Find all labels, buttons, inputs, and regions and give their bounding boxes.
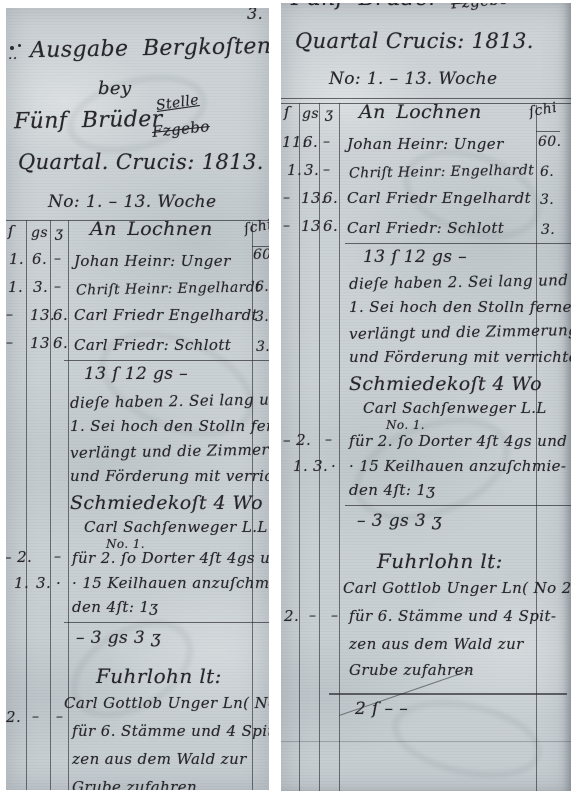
wage-row-gs: 3. <box>304 163 319 178</box>
column-rule <box>26 220 27 790</box>
smith-entry-f: – 2. <box>6 550 32 565</box>
haul-line: zen aus dem Wald zur <box>72 752 247 767</box>
wage-row-f: 1. <box>8 280 23 295</box>
wage-row-z: – <box>54 280 61 294</box>
note-line: und Förderung mit verrichtet <box>70 469 269 484</box>
smith-entry-text: für 2. ſo Dorter 4ſt 4gs und <box>72 551 269 566</box>
title-line-cut: Fünf Brüder <box>291 3 440 10</box>
haul-entry-gs: – <box>309 609 316 623</box>
smith-entry-gs: 3. <box>313 459 328 474</box>
haul-subheading: Carl Gottlob Unger Ln( No 2. <box>64 696 269 711</box>
smith-subtotal: – 3 gs 3 ʒ <box>76 630 161 647</box>
note-line: dieſe haben 2. Sei lang und <box>349 273 569 292</box>
wage-row-name: Johan Heinr: Unger <box>74 254 231 269</box>
note-line: verlängt und die Zimmerung <box>349 323 571 342</box>
wage-row-z: – <box>54 252 61 266</box>
wage-row-gs: 13 <box>301 219 321 234</box>
subtotal-rule <box>64 360 269 361</box>
wage-row-gs: 13. <box>30 308 55 323</box>
bleedthrough-mark <box>85 311 269 457</box>
page-scan-left: 3. ·· Ausgabe Bergkoſten bey Fünf Brüder… <box>6 8 269 790</box>
wage-row-name: Chriſt Heinr: Engelhardt <box>76 280 261 297</box>
subtotal-rule <box>345 505 571 506</box>
struck-word: Fzgebo <box>151 119 210 140</box>
haul-line: zen aus dem Wald zur <box>349 637 524 652</box>
wage-row-gs: 6. <box>32 252 47 267</box>
wage-row-f: – <box>6 336 13 350</box>
haul-entry-gs: – <box>32 710 39 724</box>
wage-row-f: – <box>283 219 290 233</box>
smith-subheading: Carl Sachſenweger L.L <box>84 520 268 535</box>
title-line-2: bey <box>98 80 132 98</box>
haul-entry-z: – <box>56 710 63 724</box>
haul-subheading: Carl Gottlob Unger Ln( No 2. <box>343 581 571 596</box>
haul-line: für 6. Stämme und 4 Spit- <box>72 724 269 739</box>
wage-row-schicht: 60. <box>253 248 269 262</box>
wage-row-f: 1. <box>287 163 302 178</box>
smith-entry-text: · 15 Keilhauen anzuſchmie- <box>72 576 269 591</box>
bleedthrough-mark <box>385 688 549 790</box>
col-header-f: ſ <box>284 105 290 120</box>
wage-row-gs: 6. <box>303 135 318 150</box>
wage-row-schicht: 6. <box>255 280 269 294</box>
smith-heading: Schmiedekoſt 4 Wo <box>349 375 542 394</box>
col-header-z: ʒ <box>325 107 333 121</box>
haul-total: 2 ſ – – <box>355 701 408 718</box>
haul-heading: Fuhrlohn lt: <box>96 666 222 686</box>
wage-row-schicht: 3. <box>256 340 269 354</box>
smith-entry-f: 1. <box>293 459 308 474</box>
table-top-rule <box>281 98 571 99</box>
title-line-4: Quartal Crucis: 1813. <box>295 31 534 52</box>
wage-row-schicht: 60. <box>538 135 561 149</box>
col-header-gs: gs <box>302 107 319 121</box>
col-header-schicht: ſchi <box>243 218 269 237</box>
smith-entry-f: 1. <box>14 576 29 591</box>
wage-row-gs: 3. <box>33 280 48 295</box>
struck-word-cut: Fzgebo <box>450 3 509 11</box>
wage-row-f: – <box>283 191 290 205</box>
smith-entry-text2: den 4ſt: 1ʒ <box>349 483 435 498</box>
wage-row-z: – <box>323 163 330 177</box>
note-line: und Förderung mit verrichtet <box>349 350 571 365</box>
wage-row-gs: 13 <box>30 336 50 351</box>
wage-row-name: Chriſt Heinr: Engelhardt <box>349 163 534 180</box>
smith-entry-text: für 2. ſo Dorter 4ſt 4gs und <box>349 434 567 449</box>
col-header-f: ſ <box>8 224 14 239</box>
ledger-section-title: An Lochnen <box>359 103 482 122</box>
wage-row-name: Carl Friedr: Schlott <box>347 221 504 236</box>
wage-row-name: Johan Heinr: Unger <box>347 137 504 152</box>
page-number: 3. <box>247 8 263 22</box>
wage-row-z: 6. <box>53 336 68 351</box>
wage-row-name: Carl Friedr Engelhardt <box>347 191 531 206</box>
title-line-1: Ausgabe Bergkoſten <box>30 36 269 62</box>
schicht-header-rule <box>536 131 560 132</box>
wage-row-schicht: 3. <box>541 223 555 237</box>
note-line: 1. Sei hoch den Stolln ferner <box>70 419 269 434</box>
wage-row-z: – <box>323 135 330 149</box>
smith-entry-gs: – <box>54 550 61 564</box>
smith-entry-text2: den 4ſt: 1ʒ <box>72 600 158 615</box>
haul-line: für 6. Stämme und 4 Spit- <box>349 609 556 624</box>
wage-row-schicht: 3. <box>540 193 554 207</box>
wage-subtotal: 13 ſ 12 gs – <box>84 366 188 383</box>
smith-entry-text: · 15 Keilhauen anzuſchmie- <box>349 459 566 474</box>
smith-entry-gs: 3. <box>36 576 51 591</box>
haul-entry-f: 2. <box>6 710 21 725</box>
total-rule <box>329 693 567 695</box>
smith-entry-f: – 2. <box>283 433 311 448</box>
wage-row-schicht: 6. <box>540 165 554 179</box>
haul-line: Grube zufahren <box>72 780 197 790</box>
haul-entry-f: 2. <box>284 609 299 624</box>
wage-row-schicht: 3. <box>255 310 269 324</box>
wage-row-z: 6. <box>53 308 68 323</box>
wage-subtotal: 13 ſ 12 gs – <box>363 249 467 266</box>
smith-entry-gs: – <box>325 433 332 447</box>
haul-entry-z: – <box>331 609 338 623</box>
wage-row-name: Carl Friedr Engelhardt <box>74 308 258 323</box>
haul-heading: Fuhrlohn lt: <box>377 551 503 571</box>
col-header-gs: gs <box>31 226 48 240</box>
wage-row-z: 6. <box>323 219 338 234</box>
ink-spot <box>18 44 21 47</box>
smith-entry-z: · <box>331 459 336 474</box>
wage-row-f: 11. <box>6 252 24 267</box>
col-header-z: ʒ <box>55 226 63 240</box>
title-line-4: Quartal. Crucis: 1813. <box>18 152 264 173</box>
col-header-schicht: ſchi <box>528 101 558 120</box>
note-line: 1. Sei hoch den Stolln ferner <box>349 300 571 315</box>
smith-subtotal: – 3 gs 3 ʒ <box>357 513 442 530</box>
ink-spot <box>10 46 14 50</box>
smith-heading: Schmiedekoſt 4 Wo <box>70 494 263 513</box>
note-line: verlängt und die Zimmerung <box>70 442 269 461</box>
smith-entry-z: · <box>56 576 61 591</box>
subtotal-rule <box>64 622 269 623</box>
title-line-5: No: 1. – 13. Woche <box>329 71 498 88</box>
ink-marks: ·· <box>8 52 18 66</box>
smith-insert-no: No. 1. <box>386 419 425 431</box>
wage-row-name: Carl Friedr: Schlott <box>74 338 231 353</box>
wage-row-z: 6. <box>323 191 338 206</box>
faint-rule <box>281 741 571 742</box>
title-line-5: No: 1. – 13. Woche <box>48 194 217 211</box>
ledger-section-title: An Lochnen <box>90 220 213 239</box>
column-rule <box>339 103 340 791</box>
smith-subheading: Carl Sachſenweger L.L <box>363 401 547 416</box>
subtotal-rule <box>345 243 571 244</box>
title-line-3: Fünf Brüder <box>14 109 163 134</box>
wage-row-f: – <box>6 308 13 322</box>
note-line: dieſe haben 2. Sei lang und <box>70 392 269 411</box>
page-scan-right: Fünf Brüder Fzgebo Quartal Crucis: 1813.… <box>281 3 571 791</box>
